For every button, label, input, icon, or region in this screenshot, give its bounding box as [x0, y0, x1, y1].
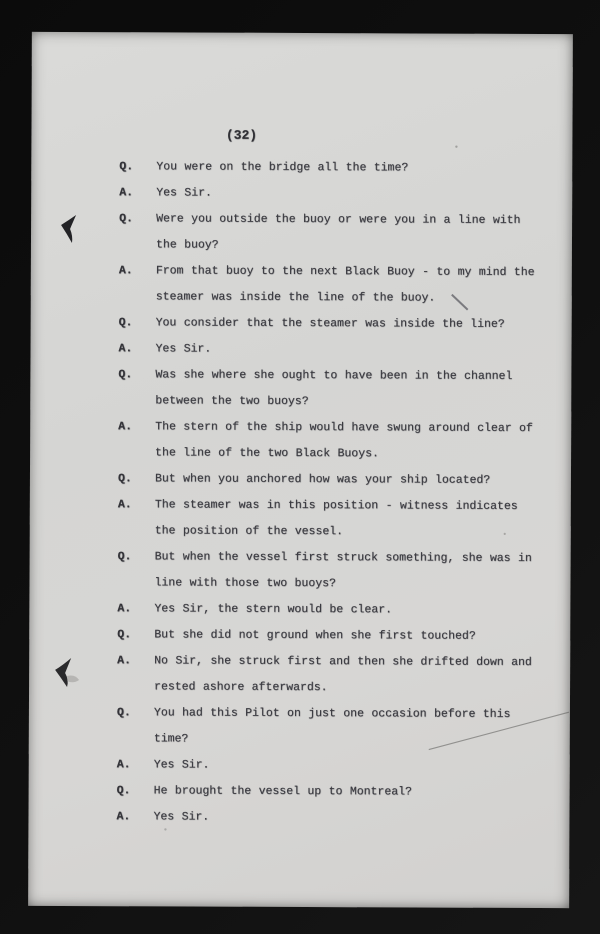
qa-row: Q.But when you anchored how was your shi… [118, 466, 558, 494]
qa-speaker: Q. [117, 778, 154, 804]
page-number: (32) [31, 127, 451, 144]
qa-speaker: Q. [117, 700, 154, 726]
qa-text: But she did not ground when she first to… [154, 622, 536, 650]
qa-row: A.Yes Sir. [116, 804, 556, 832]
scan-black-border: (32) Q.You were on the bridge all the ti… [0, 0, 600, 934]
qa-text: Yes Sir. [156, 180, 538, 208]
qa-text: Yes Sir. [154, 752, 536, 780]
qa-text: The steamer was in this position - witne… [155, 492, 538, 546]
qa-speaker: Q. [117, 622, 154, 648]
qa-row: A.The stern of the ship would have swung… [118, 414, 558, 468]
qa-text: He brought the vessel up to Montreal? [154, 778, 536, 806]
ink-blot-icon [55, 658, 71, 687]
qa-speaker: A. [119, 258, 156, 284]
qa-speaker: Q. [118, 362, 155, 388]
qa-speaker: A. [117, 596, 154, 622]
qa-row: A.The steamer was in this position - wit… [118, 492, 558, 546]
qa-row: A.Yes Sir. [118, 336, 558, 364]
qa-text: But when the vessel first struck somethi… [154, 544, 537, 598]
qa-text: Was she where she ought to have been in … [155, 362, 538, 416]
qa-speaker: Q. [118, 466, 155, 492]
qa-text: Yes Sir. [155, 336, 537, 364]
qa-speaker: A. [117, 648, 154, 674]
scanned-document: { "page": { "number_label": "(32)" }, "t… [0, 0, 600, 934]
qa-speaker: Q. [118, 544, 155, 570]
qa-row: A.Yes Sir. [119, 180, 559, 208]
qa-text: From that buoy to the next Black Buoy - … [156, 258, 539, 312]
qa-speaker: A. [118, 336, 155, 362]
qa-row: A.No Sir, she struck first and then she … [117, 648, 557, 702]
qa-speaker: A. [116, 804, 153, 830]
speck [455, 145, 457, 147]
qa-row: A.Yes Sir, the stern would be clear. [117, 596, 557, 624]
qa-speaker: A. [117, 752, 154, 778]
qa-row: Q.You had this Pilot on just one occasio… [117, 700, 557, 754]
qa-text: Yes Sir, the stern would be clear. [154, 596, 536, 624]
ink-smudge [67, 675, 79, 682]
transcript: Q.You were on the bridge all the time? A… [116, 154, 559, 832]
ink-blot-icon [61, 215, 76, 243]
qa-row: Q.Was she where she ought to have been i… [118, 362, 558, 416]
qa-speaker: A. [119, 180, 156, 206]
qa-speaker: Q. [119, 310, 156, 336]
qa-row: Q.Were you outside the buoy or were you … [119, 206, 559, 260]
qa-text: No Sir, she struck first and then she dr… [154, 648, 537, 702]
qa-row: Q.He brought the vessel up to Montreal? [117, 778, 557, 806]
qa-speaker: A. [118, 414, 155, 440]
qa-text: You consider that the steamer was inside… [156, 310, 538, 338]
qa-text: Yes Sir. [153, 804, 535, 832]
qa-speaker: Q. [119, 154, 156, 180]
qa-row: A.From that buoy to the next Black Buoy … [119, 258, 559, 312]
qa-row: Q.You were on the bridge all the time? [119, 154, 559, 182]
qa-text: Were you outside the buoy or were you in… [156, 206, 539, 260]
qa-speaker: Q. [119, 206, 156, 232]
qa-text: You had this Pilot on just one occasion … [154, 700, 537, 754]
qa-row: Q.But she did not ground when she first … [117, 622, 557, 650]
document-page: (32) Q.You were on the bridge all the ti… [28, 32, 573, 908]
qa-text: You were on the bridge all the time? [156, 154, 538, 182]
qa-row: A.Yes Sir. [117, 752, 557, 780]
qa-row: Q.You consider that the steamer was insi… [119, 310, 559, 338]
qa-text: But when you anchored how was your ship … [155, 466, 537, 494]
qa-text: The stern of the ship would have swung a… [155, 414, 538, 468]
qa-row: Q.But when the vessel first struck somet… [117, 544, 557, 598]
qa-speaker: A. [118, 492, 155, 518]
